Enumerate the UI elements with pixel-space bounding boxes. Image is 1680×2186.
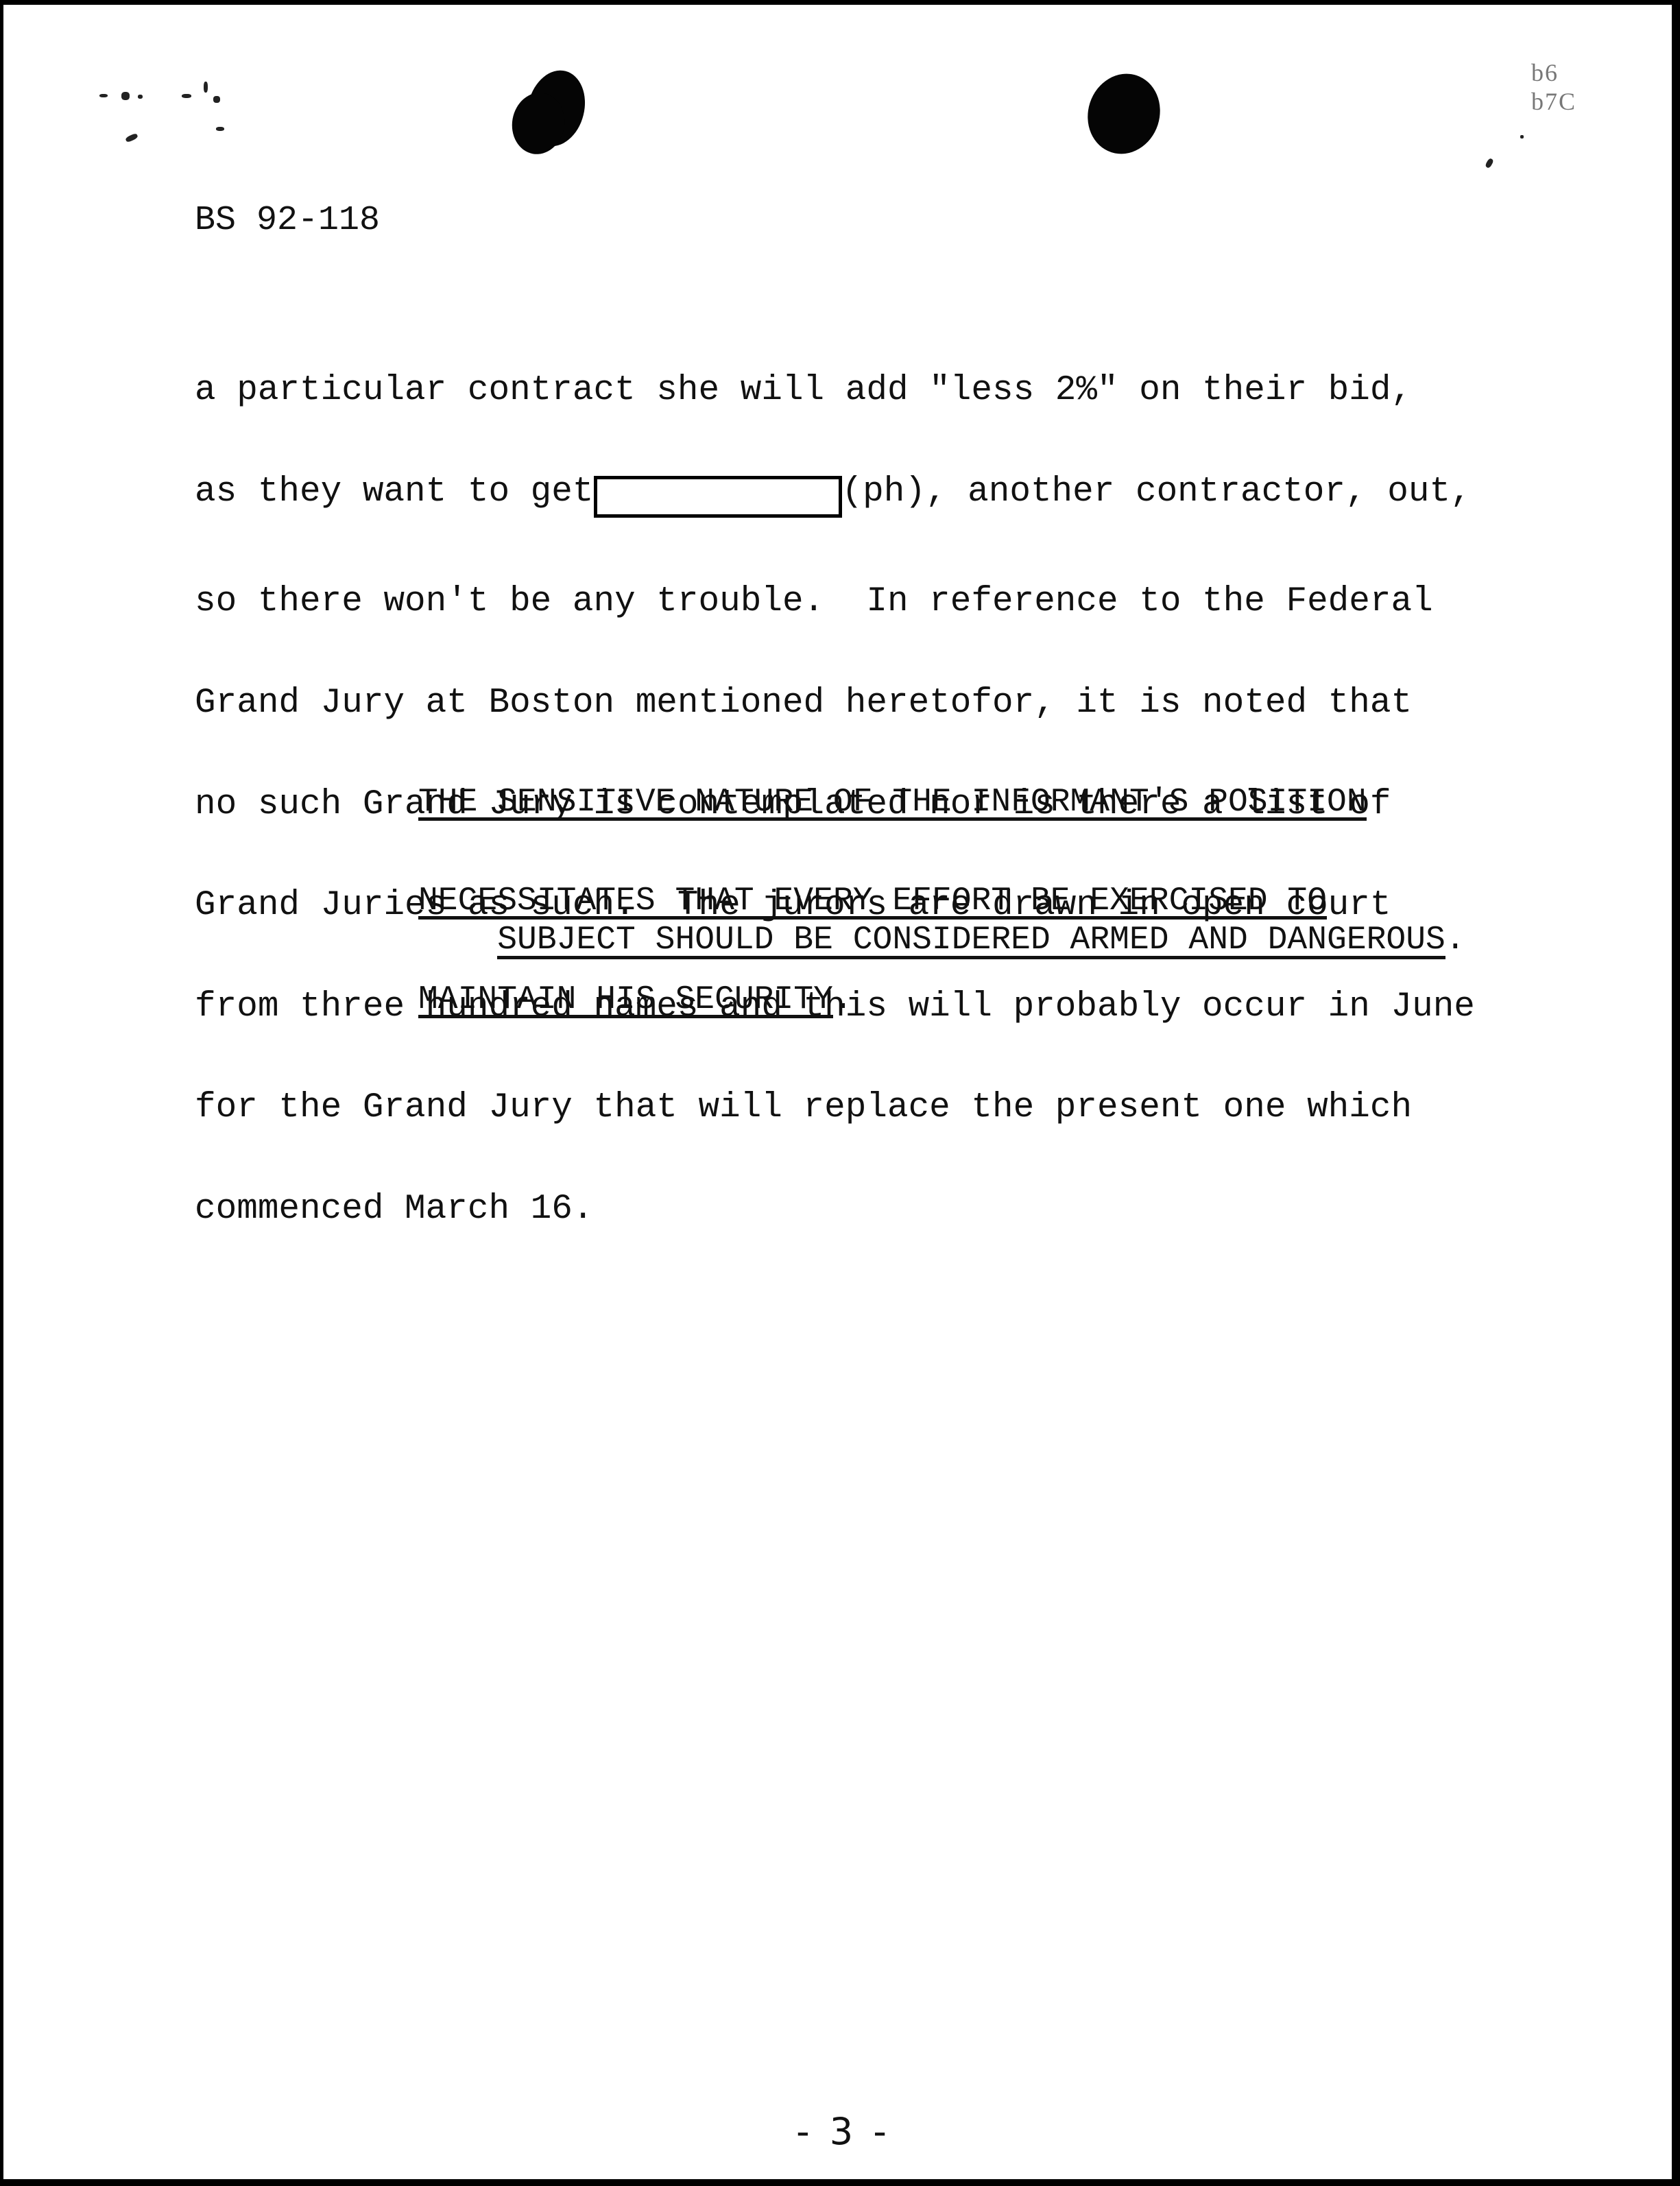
body-line: for the Grand Jury that will replace the… [195,1091,1475,1125]
body-line: Grand Jury at Boston mentioned heretofor… [195,686,1475,720]
scan-speck [182,94,191,98]
scan-speck [125,133,139,143]
body-line: so there won't be any trouble. In refere… [195,585,1475,618]
scan-speck [138,95,143,99]
exemption-code: b6 [1531,58,1576,87]
notice-line: THE SENSITIVE NATURE OF THE INFORMANT'S … [418,786,1367,821]
body-line: as they want to get(ph), another contrac… [195,475,1475,518]
scan-speck [204,82,208,93]
scan-speck [99,94,108,97]
foia-exemption-codes: b6 b7C [1531,58,1576,116]
page-number: - 3 - [3,2110,1680,2153]
scan-speck [216,127,224,131]
document-page: b6 b7C BS 92-118 a particular contract s… [0,0,1680,2186]
file-number: BS 92-118 [195,200,380,241]
scan-speck [1520,135,1524,139]
scan-speck [1485,158,1494,169]
armed-dangerous-warning: SUBJECT SHOULD BE CONSIDERED ARMED AND D… [418,892,1465,992]
body-line: a particular contract she will add "less… [195,374,1475,407]
exemption-code: b7C [1531,87,1576,116]
redaction-box [594,476,842,518]
scan-speck [121,92,130,100]
body-line: commenced March 16. [195,1192,1475,1226]
punch-hole-right-icon [1077,64,1170,163]
scan-speck [213,96,220,103]
